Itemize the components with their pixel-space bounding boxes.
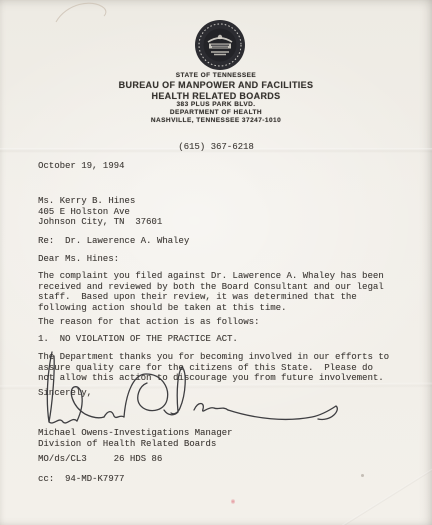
letterhead-boards: HEALTH RELATED BOARDS [0,91,432,102]
letterhead-city: NASHVILLE, TENNESSEE 37247-1010 [0,117,432,125]
scanned-letter-page: STATE OF TENNESSEE BUREAU OF MANPOWER AN… [0,0,432,525]
paragraph-line: not allow this action to discourage you … [38,373,389,384]
signer-name: Michael Owens-Investigations Manager [38,428,232,439]
signature-block: Michael Owens-Investigations Manager Div… [38,428,232,449]
paragraph-line: The Department thanks you for becoming i… [38,352,389,363]
pink-ink-speck [231,499,235,504]
fold-crease-corner [339,458,432,525]
letterhead: STATE OF TENNESSEE BUREAU OF MANPOWER AN… [0,72,432,125]
paragraph-line: assure quality care for the citizens of … [38,363,389,374]
scan-speck [361,474,364,477]
paragraph-thanks: The Department thanks you for becoming i… [38,352,389,384]
letter-date: October 19, 1994 [38,161,124,172]
paragraph-line: staff. Based upon their review, it was d… [38,292,384,303]
letterhead-department: DEPARTMENT OF HEALTH [0,109,432,117]
salutation: Dear Ms. Hines: [38,254,119,265]
tennessee-state-seal-icon [191,16,249,74]
letterhead-street: 383 PLUS PARK BLVD. [0,101,432,109]
paragraph-line: received and reviewed by both the Board … [38,282,384,293]
closing: Sincerely, [38,388,92,399]
reference-line: MO/ds/CL3 26 HDS 86 [38,454,162,465]
recipient-name: Ms. Kerry B. Hines [38,196,162,207]
letterhead-bureau: BUREAU OF MANPOWER AND FACILITIES [0,80,432,91]
recipient-street: 405 E Holston Ave [38,207,162,218]
re-line: Re: Dr. Lawerence A. Whaley [38,236,189,247]
action-item: 1. NO VIOLATION OF THE PRACTICE ACT. [38,334,238,345]
recipient-city: Johnson City, TN 37601 [38,217,162,228]
paragraph-line: following action should be taken at this… [38,303,384,314]
pencil-arc-mark [48,0,128,26]
cc-line: cc: 94-MD-K7977 [38,474,124,485]
paragraph-complaint: The complaint you filed against Dr. Lawe… [38,271,384,313]
letterhead-phone: (615) 367-6218 [0,142,432,153]
reason-line: The reason for that action is as follows… [38,317,259,328]
recipient-address: Ms. Kerry B. Hines 405 E Holston Ave Joh… [38,196,162,228]
paragraph-line: The complaint you filed against Dr. Lawe… [38,271,384,282]
signer-division: Division of Health Related Boards [38,439,232,450]
letterhead-state: STATE OF TENNESSEE [0,72,432,80]
